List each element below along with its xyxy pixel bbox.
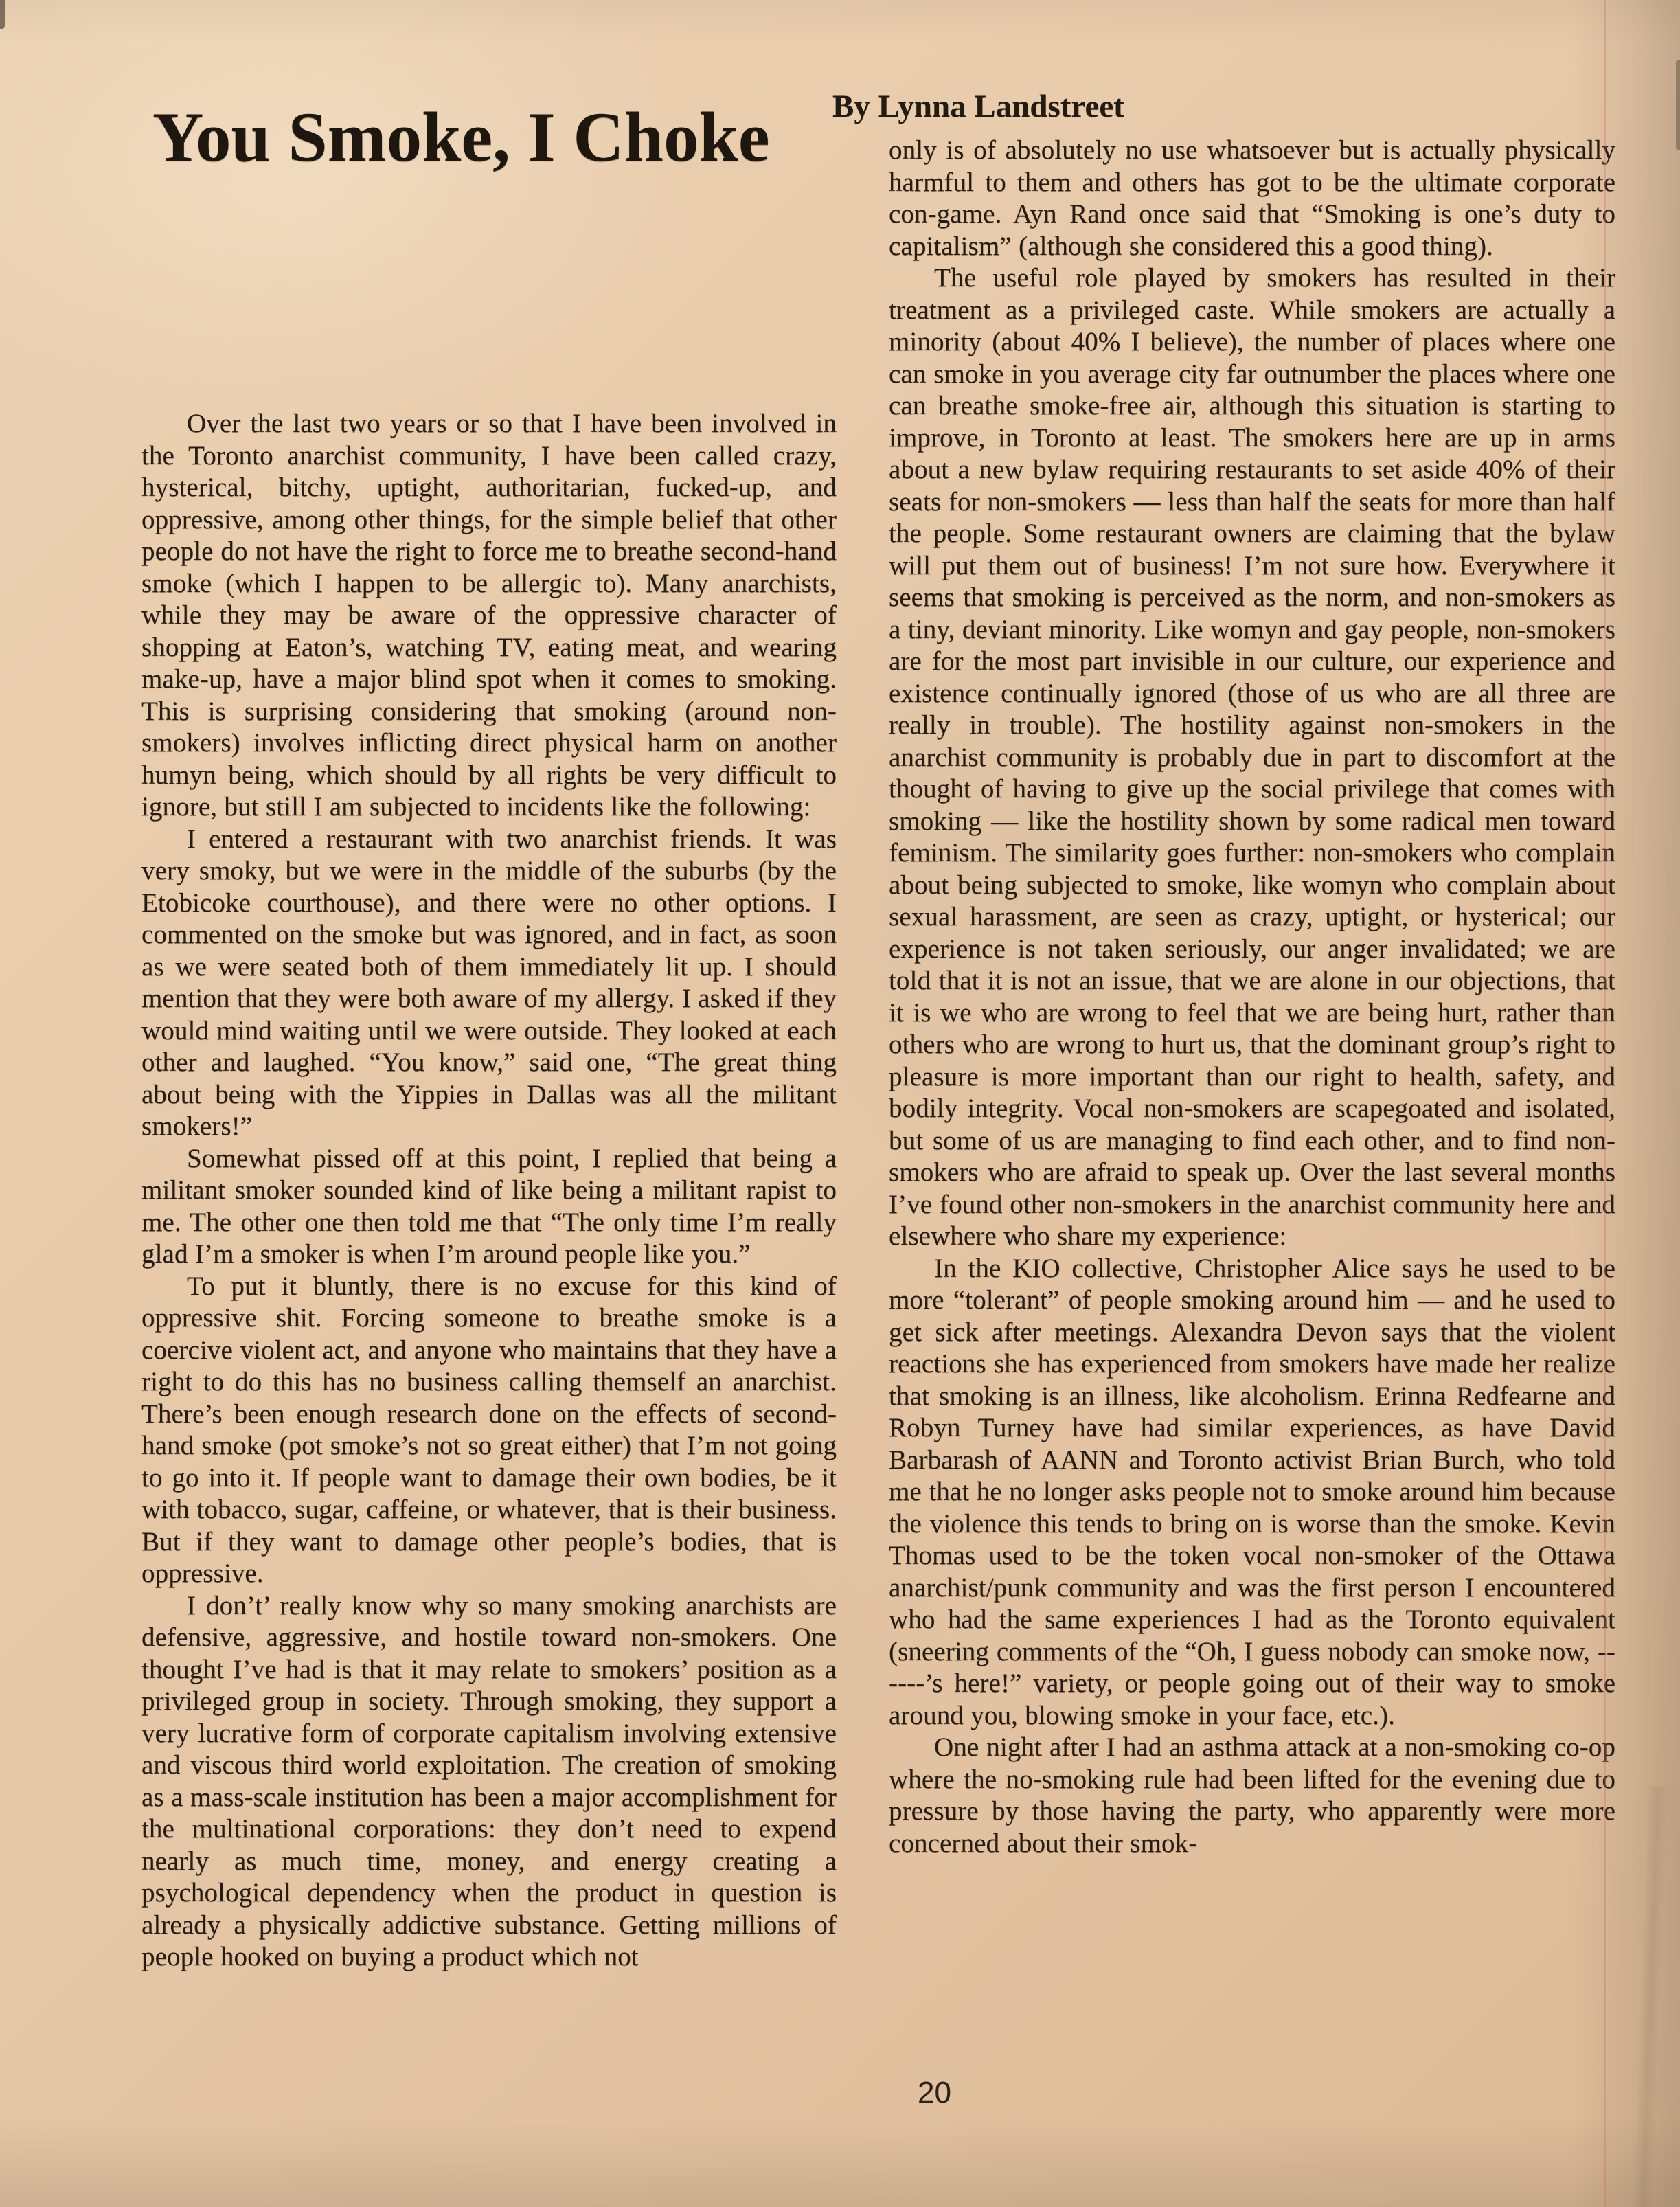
paper-crease-shadow xyxy=(1633,1786,1668,2207)
left-column: Over the last two years or so that I hav… xyxy=(141,408,837,1973)
byline: By Lynna Landstreet xyxy=(832,88,1124,125)
paragraph: The useful role played by smokers has re… xyxy=(889,262,1615,1253)
page-number: 20 xyxy=(918,2076,951,2110)
paragraph: One night after I had an asthma attack a… xyxy=(889,1732,1615,1859)
paragraph: only is of absolutely no use whatsoever … xyxy=(889,135,1615,262)
page-title: You Smoke, I Choke xyxy=(152,97,770,178)
scanned-zine-page: You Smoke, I Choke By Lynna Landstreet O… xyxy=(0,0,1680,2207)
scan-edge-mark-top-left xyxy=(0,0,5,29)
paragraph: I don’t’ really know why so many smoking… xyxy=(141,1590,837,1973)
paragraph: To put it bluntly, there is no excuse fo… xyxy=(141,1271,837,1590)
right-margin-red-rule xyxy=(1604,0,1606,2207)
paragraph: Over the last two years or so that I hav… xyxy=(141,408,837,824)
right-column: only is of absolutely no use whatsoever … xyxy=(889,135,1615,1859)
scan-edge-mark-right xyxy=(1676,60,1680,150)
paragraph: In the KIO collective, Christopher Alice… xyxy=(889,1253,1615,1732)
paragraph: Somewhat pissed off at this point, I rep… xyxy=(141,1143,837,1271)
paragraph: I entered a restaurant with two anarchis… xyxy=(141,824,837,1143)
